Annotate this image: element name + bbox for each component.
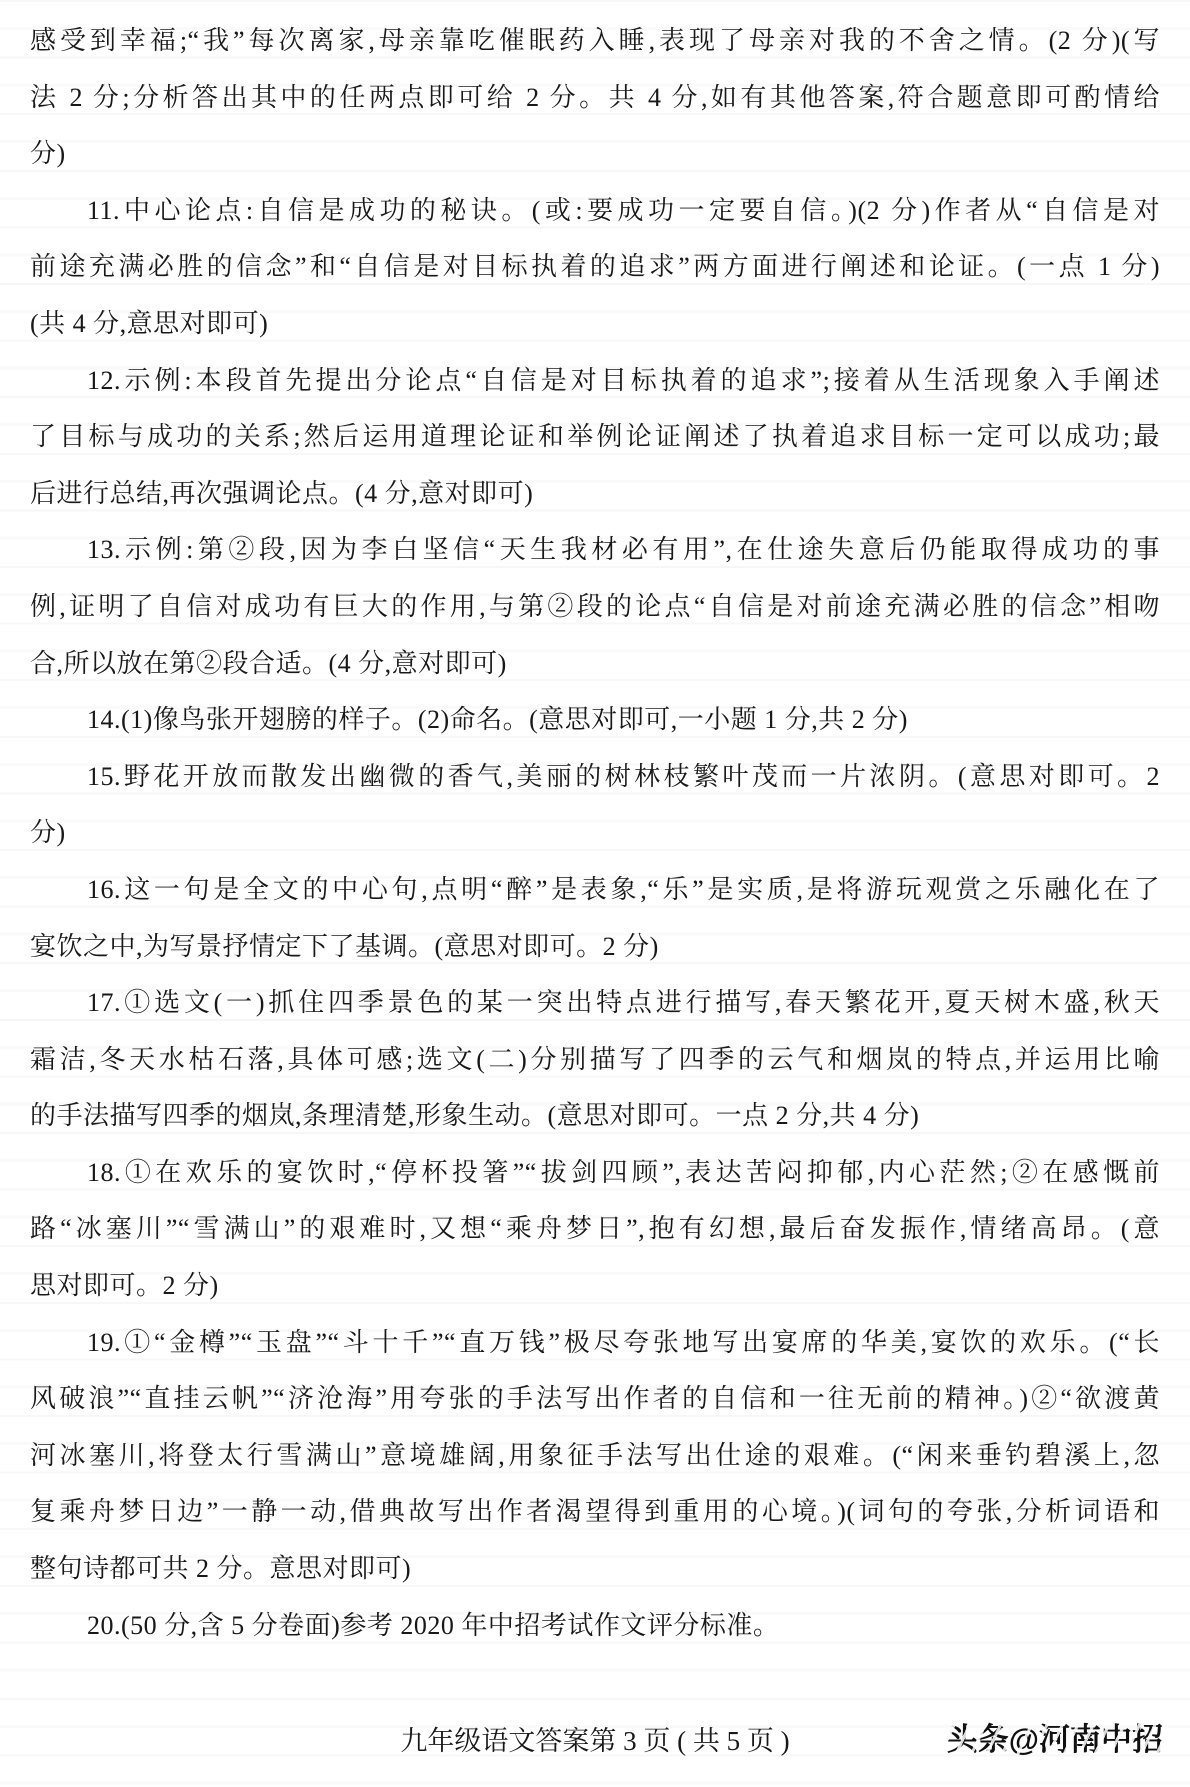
text-line: 了目标与成功的关系;然后运用道理论证和举例论证阐述了执着追求目标一定可以成功;最: [30, 409, 1160, 466]
text-line: 13.示例:第②段,因为李白坚信“天生我材必有用”,在仕途失意后仍能取得成功的事: [30, 522, 1160, 579]
text-line: 15.野花开放而散发出幽微的香气,美丽的树林枝繁叶茂而一片浓阴。(意思对即可。2: [30, 749, 1160, 806]
answer-paragraph: 12.示例:本段首先提出分论点“自信是对目标执着的追求”;接着从生活现象入手阐述…: [30, 353, 1160, 523]
text-line: 风破浪”“直挂云帆”“济沧海”用夸张的手法写出作者的自信和一往无前的精神。)②“…: [30, 1371, 1160, 1428]
text-line: 霜洁,冬天水枯石落,具体可感;选文(二)分别描写了四季的云气和烟岚的特点,并运用…: [30, 1032, 1160, 1089]
text-line: 合,所以放在第②段合适。(4 分,意对即可): [30, 636, 1160, 693]
answer-paragraph: 15.野花开放而散发出幽微的香气,美丽的树林枝繁叶茂而一片浓阴。(意思对即可。2…: [30, 749, 1160, 862]
text-line: 整句诗都可共 2 分。意思对即可): [30, 1541, 1160, 1598]
text-line: 路“冰塞川”“雪满山”的艰难时,又想“乘舟梦日”,抱有幻想,最后奋发振作,情绪高…: [30, 1201, 1160, 1258]
text-line: (共 4 分,意思对即可): [30, 296, 1160, 353]
watermark: 头条@河南中招: [947, 1711, 1163, 1769]
text-line: 20.(50 分,含 5 分卷面)参考 2020 年中招考试作文评分标准。: [30, 1598, 1160, 1655]
answer-paragraph: 16.这一句是全文的中心句,点明“醉”是表象,“乐”是实质,是将游玩观赏之乐融化…: [30, 862, 1160, 975]
text-line: 宴饮之中,为写景抒情定下了基调。(意思对即可。2 分): [30, 919, 1160, 976]
text-line: 12.示例:本段首先提出分论点“自信是对目标执着的追求”;接着从生活现象入手阐述: [30, 353, 1160, 410]
text-line: 11.中心论点:自信是成功的秘诀。(或:要成功一定要自信。)(2 分)作者从“自…: [30, 183, 1160, 240]
answers-content: 感受到幸福;“我”每次离家,母亲靠吃催眠药入睡,表现了母亲对我的不舍之情。(2 …: [30, 13, 1160, 1654]
answer-paragraph: 19.①“金樽”“玉盘”“斗十千”“直万钱”极尽夸张地写出宴席的华美,宴饮的欢乐…: [30, 1315, 1160, 1598]
answer-paragraph: 18.①在欢乐的宴饮时,“停杯投箸”“拔剑四顾”,表达苦闷抑郁,内心茫然;②在感…: [30, 1145, 1160, 1315]
text-line: 例,证明了自信对成功有巨大的作用,与第②段的论点“自信是对前途充满必胜的信念”相…: [30, 579, 1160, 636]
answer-paragraph: 11.中心论点:自信是成功的秘诀。(或:要成功一定要自信。)(2 分)作者从“自…: [30, 183, 1160, 353]
text-line: 前途充满必胜的信念”和“自信是对目标执着的追求”两方面进行阐述和论证。(一点 1…: [30, 239, 1160, 296]
text-line: 14.(1)像鸟张开翅膀的样子。(2)命名。(意思对即可,一小题 1 分,共 2…: [30, 692, 1160, 749]
answer-paragraph: 13.示例:第②段,因为李白坚信“天生我材必有用”,在仕途失意后仍能取得成功的事…: [30, 522, 1160, 692]
text-line: 分): [30, 805, 1160, 862]
answer-paragraph: 14.(1)像鸟张开翅膀的样子。(2)命名。(意思对即可,一小题 1 分,共 2…: [30, 692, 1160, 749]
text-line: 17.①选文(一)抓住四季景色的某一突出特点进行描写,春天繁花开,夏天树木盛,秋…: [30, 975, 1160, 1032]
answer-paragraph: 20.(50 分,含 5 分卷面)参考 2020 年中招考试作文评分标准。: [30, 1598, 1160, 1655]
text-line: 18.①在欢乐的宴饮时,“停杯投箸”“拔剑四顾”,表达苦闷抑郁,内心茫然;②在感…: [30, 1145, 1160, 1202]
answer-paragraph: 感受到幸福;“我”每次离家,母亲靠吃催眠药入睡,表现了母亲对我的不舍之情。(2 …: [30, 13, 1160, 183]
text-line: 法 2 分;分析答出其中的任两点即可给 2 分。共 4 分,如有其他答案,符合题…: [30, 70, 1160, 127]
text-line: 16.这一句是全文的中心句,点明“醉”是表象,“乐”是实质,是将游玩观赏之乐融化…: [30, 862, 1160, 919]
text-line: 分): [30, 126, 1160, 183]
text-line: 河冰塞川,将登太行雪满山”意境雄阔,用象征手法写出仕途的艰难。(“闲来垂钓碧溪上…: [30, 1428, 1160, 1485]
text-line: 的手法描写四季的烟岚,条理清楚,形象生动。(意思对即可。一点 2 分,共 4 分…: [30, 1088, 1160, 1145]
answer-paragraph: 17.①选文(一)抓住四季景色的某一突出特点进行描写,春天繁花开,夏天树木盛,秋…: [30, 975, 1160, 1145]
text-line: 后进行总结,再次强调论点。(4 分,意对即可): [30, 466, 1160, 523]
text-line: 19.①“金樽”“玉盘”“斗十千”“直万钱”极尽夸张地写出宴席的华美,宴饮的欢乐…: [30, 1315, 1160, 1372]
text-line: 复乘舟梦日边”一静一动,借典故写出作者渴望得到重用的心境。)(词句的夸张,分析词…: [30, 1484, 1160, 1541]
text-line: 感受到幸福;“我”每次离家,母亲靠吃催眠药入睡,表现了母亲对我的不舍之情。(2 …: [30, 13, 1160, 70]
text-line: 思对即可。2 分): [30, 1258, 1160, 1315]
document-page: 感受到幸福;“我”每次离家,母亲靠吃催眠药入睡,表现了母亲对我的不舍之情。(2 …: [0, 0, 1190, 1787]
